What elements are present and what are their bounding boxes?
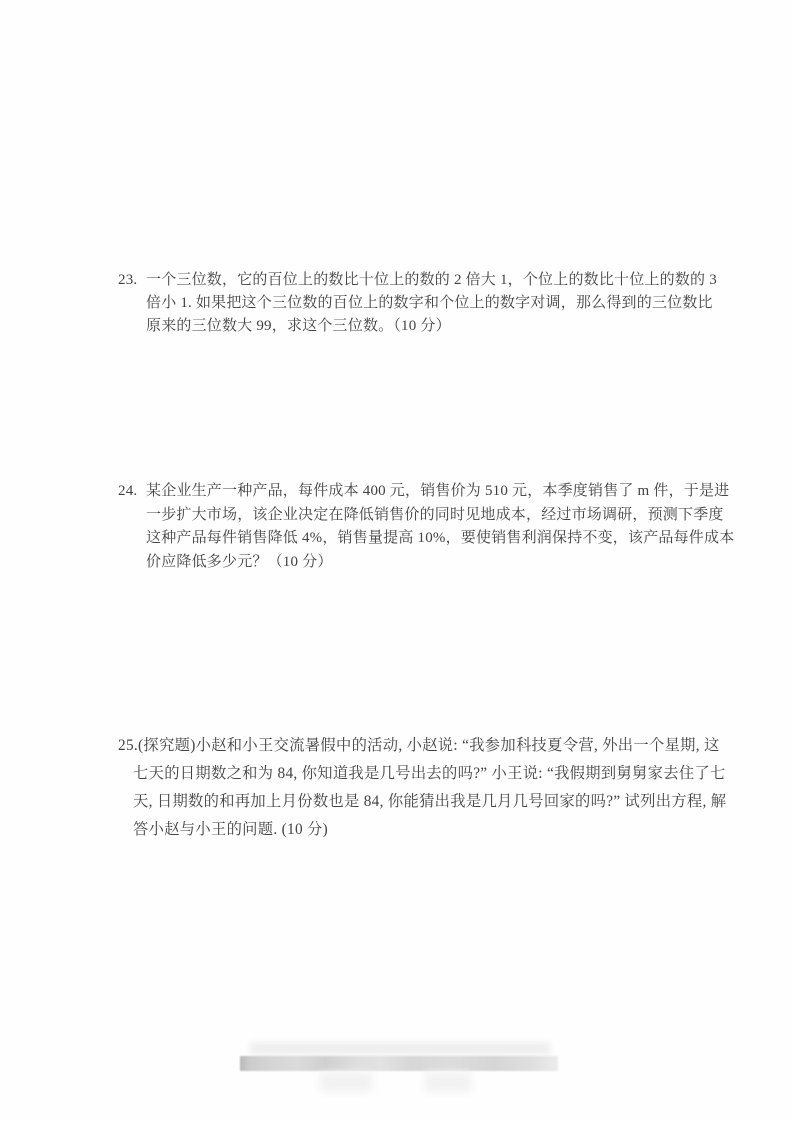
question-24-line-2: 一步扩大市场，该企业决定在降低销售价的同时见地成本，经过市场调研，预测下季度 [146, 504, 734, 528]
question-25-line-3: 天, 日期数的和再加上月份数也是 84, 你能猜出我是几月几号回家的吗?” 试列… [118, 788, 726, 816]
question-24: 24. 某企业生产一种产品，每件成本 400 元，销售价为 510 元，本季度销… [118, 480, 734, 574]
exam-page: 23. 一个三位数，它的百位上的数比十位上的数的 2 倍大 1，个位上的数比十位… [0, 0, 793, 1122]
question-25-line-1-text: (探究题)小赵和小王交流暑假中的活动, 小赵说: “我参加科技夏令营, 外出一个… [138, 737, 720, 754]
question-23-line-2: 倍小 1. 如果把这个三位数的百位上的数字和个位上的数字对调，那么得到的三位数比 [146, 292, 717, 315]
question-25-line-4: 答小赵与小王的问题. (10 分) [118, 816, 726, 844]
question-25-line-2: 七天的日期数之和为 84, 你知道我是几号出去的吗?” 小王说: “我假期到舅舅… [118, 760, 726, 788]
question-25: 25.(探究题)小赵和小王交流暑假中的活动, 小赵说: “我参加科技夏令营, 外… [118, 732, 726, 844]
question-25-line-1: 25.(探究题)小赵和小王交流暑假中的活动, 小赵说: “我参加科技夏令营, 外… [118, 732, 726, 760]
question-23-text: 一个三位数，它的百位上的数比十位上的数的 2 倍大 1，个位上的数比十位上的数的… [146, 269, 717, 338]
question-23-line-1: 一个三位数，它的百位上的数比十位上的数的 2 倍大 1，个位上的数比十位上的数的… [146, 269, 717, 292]
watermark-redacted-bar [240, 1056, 558, 1071]
watermark-smudge-top [250, 1042, 550, 1055]
question-23-number: 23. [118, 269, 146, 292]
question-24-line-1: 某企业生产一种产品，每件成本 400 元，销售价为 510 元，本季度销售了 m… [146, 480, 734, 504]
question-24-line-4: 价应降低多少元？（10 分） [146, 551, 734, 575]
watermark-smudge-bottom-right [425, 1072, 471, 1092]
question-24-text: 某企业生产一种产品，每件成本 400 元，销售价为 510 元，本季度销售了 m… [146, 480, 734, 574]
question-25-number: 25. [118, 737, 138, 754]
watermark-smudge-bottom-left [320, 1072, 372, 1092]
question-24-line-3: 这种产品每件销售降低 4%，销售量提高 10%，要使销售利润保持不变，该产品每件… [146, 527, 734, 551]
question-23-line-3: 原来的三位数大 99，求这个三位数。（10 分） [146, 315, 717, 338]
question-23: 23. 一个三位数，它的百位上的数比十位上的数的 2 倍大 1，个位上的数比十位… [118, 269, 717, 338]
question-24-number: 24. [118, 480, 146, 504]
